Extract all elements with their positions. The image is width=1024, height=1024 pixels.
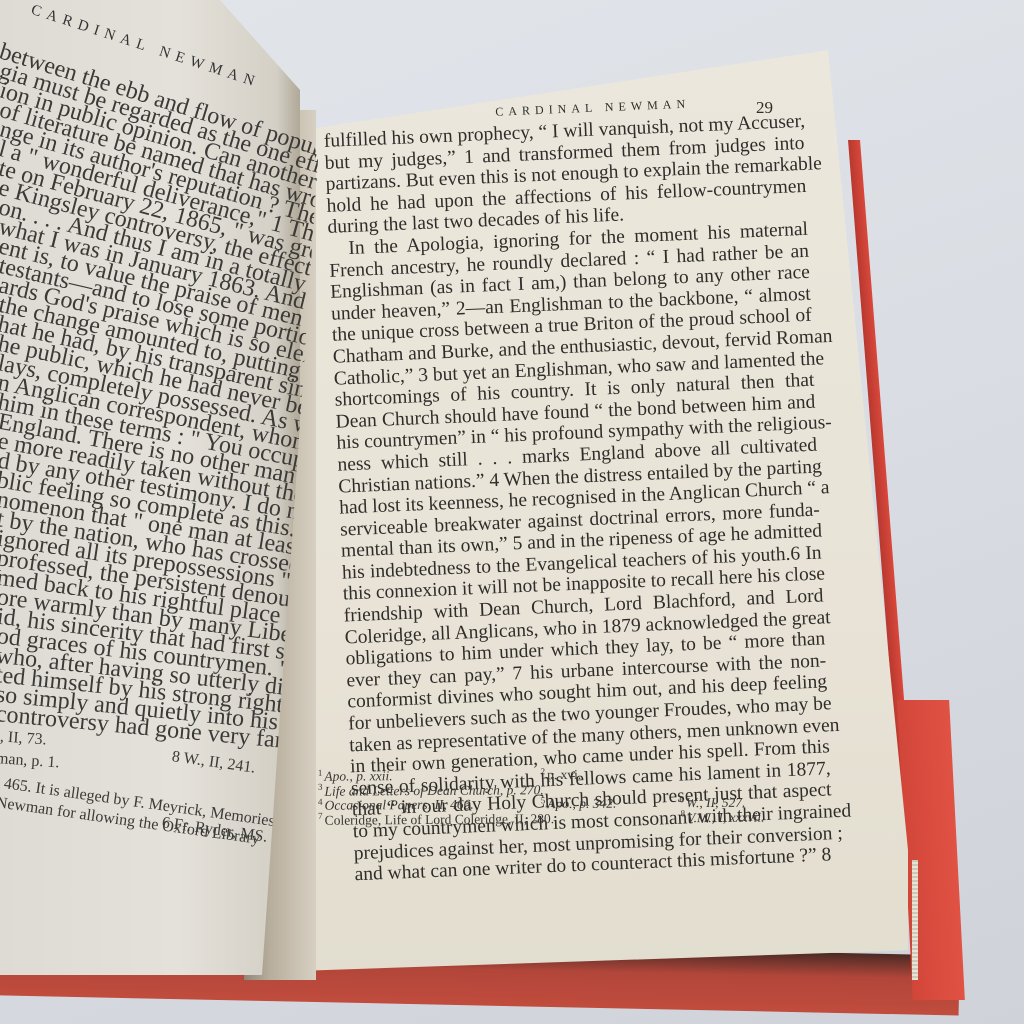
footnote: 2p. xvi. [541,767,680,782]
right-page-body: CARDINAL NEWMAN fulfilled his own prophe… [322,76,835,886]
footnote: 7Coleridge, Life of Lord Coleridge, II, … [318,812,543,828]
footnote: 6W., II, 527. [679,795,818,810]
page-block-edge [912,860,918,980]
left-page: CARDINAL NEWMAN between the ebb and flow… [0,0,300,975]
footnotes: 1Apo., p. xxii.2p. xvi.3Life and Letters… [318,766,818,827]
footnote [680,781,818,796]
footnote [543,811,681,826]
footnote: 5Apo., p. 342. [541,796,680,811]
footnote: 8V.M., I, xxxvii. [681,810,819,825]
footnote [679,766,818,781]
